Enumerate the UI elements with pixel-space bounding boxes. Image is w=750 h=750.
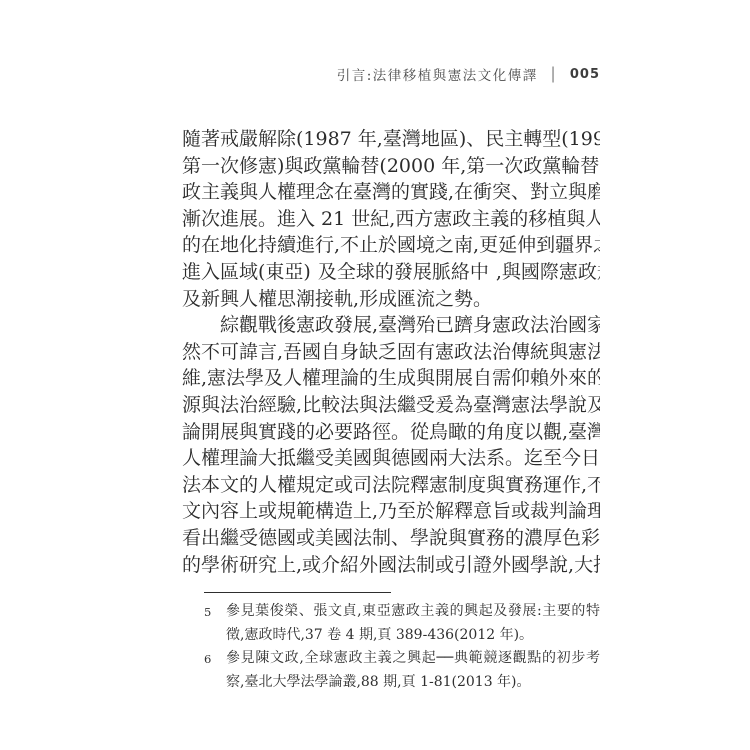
body-line: 進入區域(東亞)5及全球的發展脈絡中6,與國際憲政規範 (182, 259, 600, 286)
body-line: 隨著戒嚴解除(1987 年,臺灣地區)、民主轉型(1991 年, (182, 126, 600, 153)
body-line: 論開展與實踐的必要路徑。從鳥瞰的角度以觀,臺灣憲法及 (182, 419, 600, 446)
body-line: 人權理論大抵繼受美國與德國兩大法系。迄至今日,當前憲 (182, 445, 600, 472)
footnote: 5參見葉俊榮、張文貞,東亞憲政主義的興起及發展:主要的特徵,憲政時代,37 卷 … (204, 600, 600, 647)
body-line: 的學術研究上,或介紹外國法制或引證外國學說,大抵亦均 (182, 552, 600, 579)
body-line: 然不可諱言,吾國自身缺乏固有憲政法治傳統與憲法人權思 (182, 339, 600, 366)
body-line: 第一次修憲)與政黨輪替(2000 年,第一次政黨輪替),憲 (182, 153, 600, 180)
footnote-text: 參見陳文政,全球憲政主義之興起──典範競逐觀點的初步考察,臺北大學法學論叢,88… (226, 647, 600, 694)
footnote: 6參見陳文政,全球憲政主義之興起──典範競逐觀點的初步考察,臺北大學法學論叢,8… (204, 647, 600, 694)
footnote-line: 徵,憲政時代,37 卷 4 期,頁 389-436(2012 年)。 (226, 624, 600, 648)
header-divider: | (551, 65, 557, 83)
header-title: 引言:法律移植與憲法文化傳譯 (337, 64, 538, 84)
body-line: 源與法治經驗,比較法與法繼受爰為臺灣憲法學說及人權理 (182, 392, 600, 419)
body-line: 法本文的人權規定或司法院釋憲制度與實務運作,不管在條 (182, 472, 600, 499)
body-line: 及新興人權思潮接軌,形成匯流之勢。 (182, 286, 600, 313)
body-line: 文內容上或規範構造上,乃至於解釋意旨或裁判論理,皆可 (182, 498, 600, 525)
book-page: 引言:法律移植與憲法文化傳譯 | 005 隨著戒嚴解除(1987 年,臺灣地區)… (0, 0, 750, 750)
body-line: 看出繼受德國或美國法制、學說與實務的濃厚色彩。在憲法 (182, 525, 600, 552)
footnote-number: 5 (204, 600, 226, 625)
body-line: 政主義與人權理念在臺灣的實踐,在衝突、對立與磨合之間 (182, 179, 600, 206)
footnote-number: 6 (204, 647, 226, 672)
footnote-line: 參見葉俊榮、張文貞,東亞憲政主義的興起及發展:主要的特 (226, 600, 600, 624)
footnote-ref: 6 (489, 259, 496, 262)
footnote-ref: 5 (311, 259, 318, 262)
body-line: 維,憲法學及人權理論的生成與開展自需仰賴外來的思想資 (182, 365, 600, 392)
footnote-line: 察,臺北大學法學論叢,88 期,頁 1-81(2013 年)。 (226, 671, 600, 695)
body-line: 綜觀戰後憲政發展,臺灣殆已躋身憲政法治國家之列, (182, 312, 600, 339)
running-header: 引言:法律移植與憲法文化傳譯 | 005 (337, 64, 600, 84)
footnote-line: 參見陳文政,全球憲政主義之興起──典範競逐觀點的初步考 (226, 647, 600, 671)
page-number: 005 (570, 67, 600, 82)
footnotes: 5參見葉俊榮、張文貞,東亞憲政主義的興起及發展:主要的特徵,憲政時代,37 卷 … (204, 600, 600, 694)
footnote-separator (204, 592, 391, 593)
body-text: 隨著戒嚴解除(1987 年,臺灣地區)、民主轉型(1991 年,第一次修憲)與政… (182, 126, 600, 578)
body-line: 的在地化持續進行,不止於國境之南,更延伸到疆界之外, (182, 232, 600, 259)
footnote-text: 參見葉俊榮、張文貞,東亞憲政主義的興起及發展:主要的特徵,憲政時代,37 卷 4… (226, 600, 600, 647)
body-line: 漸次進展。進入 21 世紀,西方憲政主義的移植與人權保障 (182, 206, 600, 233)
